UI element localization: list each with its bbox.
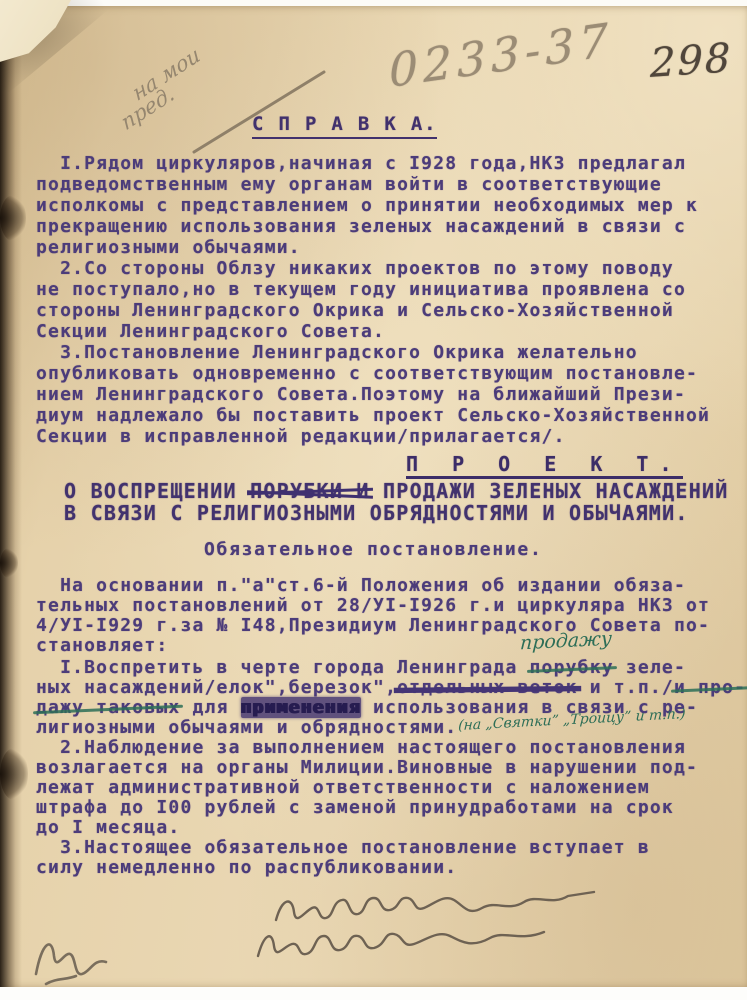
- resolution-item1-line1: I.Воспретить в черте города Ленинграда п…: [36, 658, 686, 678]
- spravka-p1-line: исполкомы с представлением о принятии не…: [36, 196, 698, 216]
- struck-words-i-pro: и про-: [674, 678, 746, 698]
- pencil-check-stroke: [192, 68, 328, 156]
- spravka-p3-line: Секции в исправленной редакции/прилагает…: [36, 427, 566, 447]
- resolution-item1-line4: лигиозными обычаями и обрядностями.: [36, 718, 457, 738]
- paper-tear: [0, 195, 26, 241]
- spravka-p1-line: I.Рядом циркуляров,начиная с I928 года,Н…: [36, 154, 686, 174]
- text-run: ных насаждений/елок",березок",: [36, 677, 397, 698]
- resolution-item2-line: до I месяца.: [36, 818, 180, 838]
- basis-line: тельных постановлений от 28/УI-I926 г.и …: [36, 596, 710, 616]
- struck-words-dazhu-takovyh: дажу таковых: [36, 698, 180, 718]
- resolution-item2-line: лежат административной ответственности с…: [36, 778, 650, 798]
- text-run: О ВОСПРЕЩЕНИИ: [64, 479, 250, 503]
- resolution-item3-line: силу немедленно по распубликовании.: [36, 858, 457, 878]
- text-run: для: [180, 697, 240, 718]
- text-run: зеле-: [614, 657, 686, 678]
- project-heading-line2: В СВЯЗИ С РЕЛИГИОЗНЫМИ ОБРЯДНОСТЯМИ И ОБ…: [64, 503, 689, 523]
- scan-background-bottom: [0, 987, 747, 1000]
- project-heading-line1: О ВОСПРЕЩЕНИИ ПОРУБКИ И ПРОДАЖИ ЗЕЛЕНЫХ …: [64, 481, 729, 501]
- spravka-p2-line: не поступало,но в текущем году инициатив…: [36, 280, 686, 300]
- spravka-p2-line: стороны Ленинградского Окрика и Сельско-…: [36, 301, 674, 321]
- subheading: Обязательное постановление.: [204, 540, 543, 560]
- spravka-p2-line: Секции Ленинградского Совета.: [36, 322, 385, 342]
- struck-words-otdelnyh-vetok: отдельных веток: [397, 678, 578, 698]
- struck-words-porubki-i: ПОРУБКИ И: [250, 481, 370, 501]
- signature-2: [252, 914, 562, 966]
- spravka-p3-line: нием Ленинградского Совета.Поэтому на бл…: [36, 385, 686, 405]
- resolution-item3-line: 3.Настоящее обязательное постановление в…: [36, 838, 650, 858]
- paper-tear: [0, 748, 28, 800]
- spravka-p3-line: 3.Постановление Ленинградского Окрика же…: [36, 343, 638, 363]
- text-run: I.Воспретить в черте города Ленинграда: [36, 657, 530, 678]
- paper-tear: [0, 548, 18, 578]
- initials-mark: [24, 912, 128, 988]
- basis-line: На основании п."а"ст.6-й Положения об из…: [36, 576, 686, 596]
- text-run: ПРОДАЖИ ЗЕЛЕНЫХ НАСАЖДЕНИЙ: [370, 479, 729, 503]
- resolution-item1-line2: ных насаждений/елок",березок",отдельных …: [36, 678, 746, 698]
- typed-over-word: применения: [241, 697, 361, 718]
- resolution-item2-line: возлагается на органы Милиции.Виновные в…: [36, 758, 698, 778]
- resolution-item2-line: 2.Наблюдение за выполнением настоящего п…: [36, 738, 686, 758]
- resolution-item2-line: штрафа до I00 рублей с заменой принудраб…: [36, 798, 674, 818]
- spravka-p3-line: опубликовать одновременно с соответствую…: [36, 364, 698, 384]
- page-number: 298: [650, 35, 732, 87]
- struck-word-porubku: порубку: [530, 658, 614, 678]
- spravka-p2-line: 2.Со стороны Облзу никаких проектов по э…: [36, 259, 674, 279]
- spravka-title: С П Р А В К А.: [252, 114, 437, 139]
- spravka-p1-line: прекращению использования зеленых насажд…: [36, 217, 686, 237]
- text-run: и т.п./: [578, 677, 674, 698]
- document-scan: 0233-37 298 на мои пред. С П Р А В К А. …: [0, 0, 747, 1000]
- project-label: П Р О Е К Т.: [406, 454, 683, 479]
- spravka-p1-line: религиозными обычаями.: [36, 238, 301, 258]
- spravka-p1-line: подведомственным ему органам войти в соо…: [36, 175, 662, 195]
- spravka-p3-line: диум надлежало бы поставить проект Сельс…: [36, 406, 710, 426]
- torn-left-edge: [0, 6, 22, 987]
- basis-line: становляет:: [36, 636, 168, 656]
